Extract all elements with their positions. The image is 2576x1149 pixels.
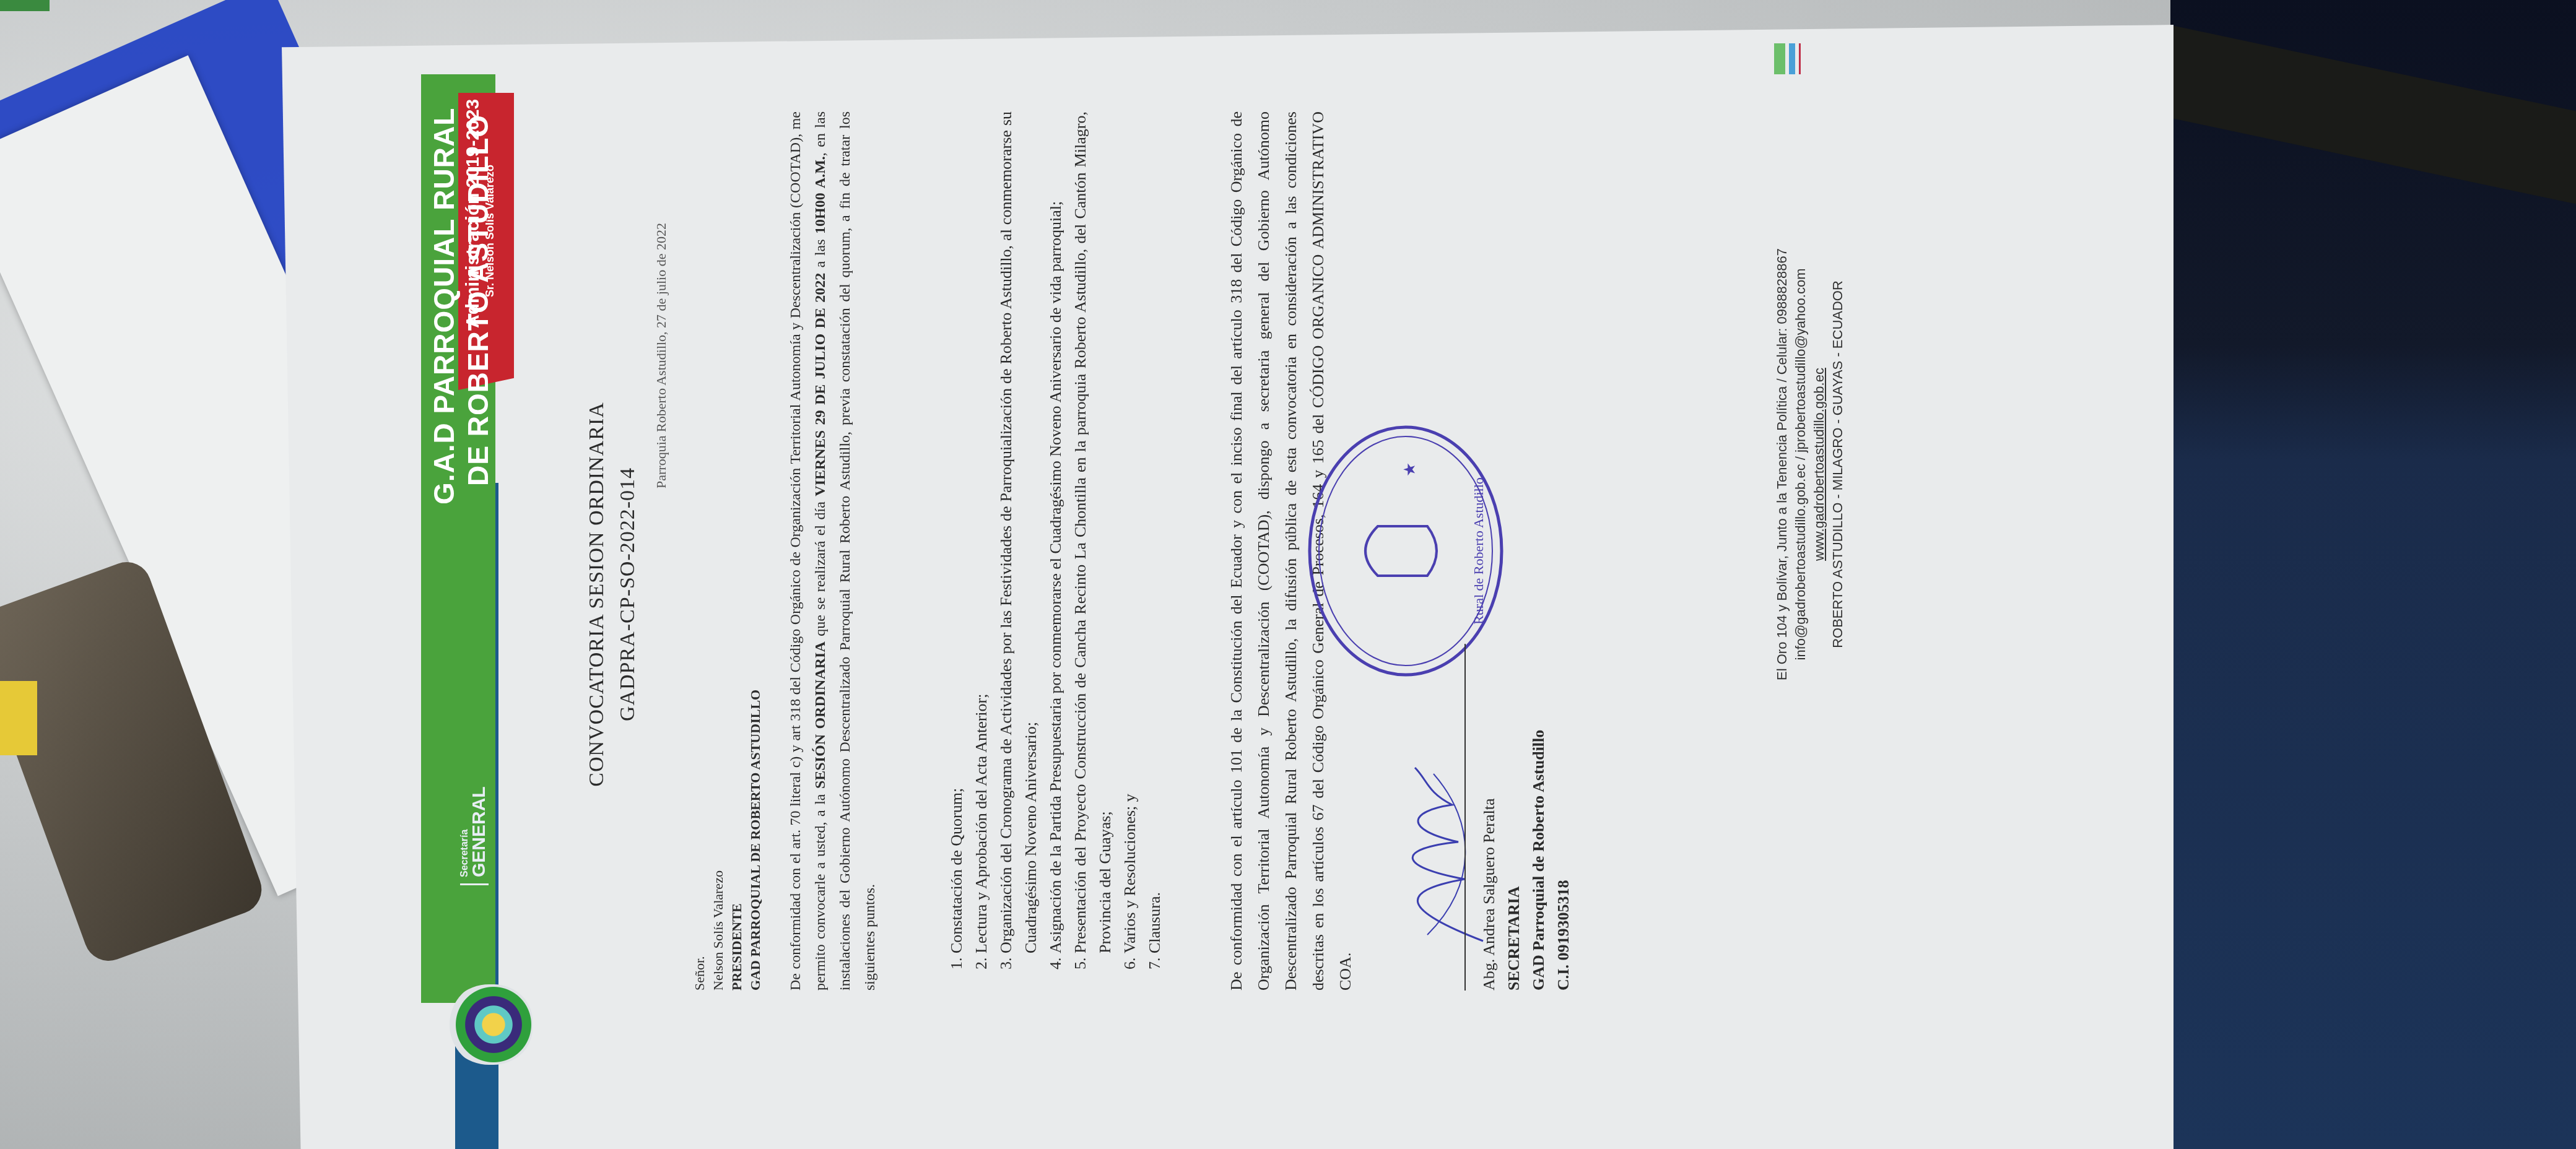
recipient-org: GAD PARROQUIAL DE ROBERTO ASTUDILLO	[746, 690, 765, 991]
footer-green-bar	[1774, 43, 1785, 74]
recipient-block: Señor. Nelson Solís Valarezo PRESIDENTE …	[690, 690, 765, 991]
agenda-item: Clausura.	[1142, 111, 1167, 953]
agenda-item: Organización del Cronograma de Actividad…	[994, 111, 1043, 953]
parish-crest-icon	[446, 984, 533, 1065]
document-title: CONVOCATORIA SESION ORDINARIA	[585, 37, 609, 1149]
document-page: Secretaría GENERAL G.A.D PARROQUIAL RURA…	[300, 37, 2158, 1149]
svg-text:Rural de Roberto Astudillo: Rural de Roberto Astudillo	[1471, 477, 1486, 625]
document-code: GADPRA-CP-SO-2022-014	[616, 37, 640, 1149]
recipient-role: PRESIDENTE	[728, 690, 746, 991]
agenda-item: Lectura y Aprobación del Acta Anterior;	[969, 111, 994, 953]
document-paper: Secretaría GENERAL G.A.D PARROQUIAL RURA…	[282, 25, 2173, 1149]
agenda-item: Varios y Resoluciones; y	[1118, 111, 1142, 953]
footer-red-bar	[1799, 43, 1801, 74]
footer-address: El Oro 104 y Bolívar, Junto a la Tenenci…	[1774, 62, 1790, 867]
signatory-name: Abg. Andrea Salguero Peralta	[1477, 730, 1502, 991]
signatory-block: Abg. Andrea Salguero Peralta SECRETARIA …	[1477, 730, 1576, 991]
secretaria-general-label: Secretaría GENERAL	[460, 786, 489, 885]
agenda-item: Constatación de Quorum;	[944, 111, 969, 953]
recipient-name: Nelson Solís Valarezo	[709, 690, 728, 991]
place-date: Parroquia Roberto Astudillo, 27 de julio…	[653, 223, 669, 1149]
svg-text:★: ★	[1401, 462, 1419, 477]
official-stamp-icon: Rural de Roberto Astudillo ★	[1303, 421, 1508, 681]
salutation: Señor.	[690, 690, 709, 991]
intro-paragraph: De conformidad con el art. 70 literal c)…	[783, 111, 882, 991]
footer-website: www.gadrobertoastudillo.gob.ec	[1811, 62, 1827, 867]
agenda-item: Presentación del Proyecto Construcción d…	[1068, 111, 1118, 953]
signatory-role: SECRETARIA	[1502, 730, 1526, 991]
org-name-line1: G.A.D PARROQUIAL RURAL	[427, 108, 461, 505]
footer-color-bars	[1774, 43, 1804, 74]
signatory-org: GAD Parroquial de Roberto Astudillo	[1526, 730, 1551, 991]
letterhead: Secretaría GENERAL G.A.D PARROQUIAL RURA…	[300, 37, 505, 1149]
administration-head: Sr. Nelson Solís Valarezo	[484, 165, 497, 297]
administration-period: Administración 2019-2023	[463, 99, 484, 328]
yellow-tab	[0, 681, 37, 755]
footer-location: ROBERTO ASTUDILLO - MILAGRO - GUAYAS - E…	[1830, 62, 1846, 867]
agenda-list: Constatación de Quorum; Lectura y Aproba…	[944, 111, 1167, 991]
signature-line	[1464, 644, 1466, 991]
signatory-id: C.I. 0919305318	[1551, 730, 1576, 991]
footer-emails: info@gadrobertoastudillo.gob.ec / jprobe…	[1793, 62, 1809, 867]
agenda-item: Asignación de la Partida Presupuestaria …	[1043, 111, 1068, 953]
footer-blue-bar	[1789, 43, 1795, 74]
green-object-corner	[0, 0, 50, 11]
